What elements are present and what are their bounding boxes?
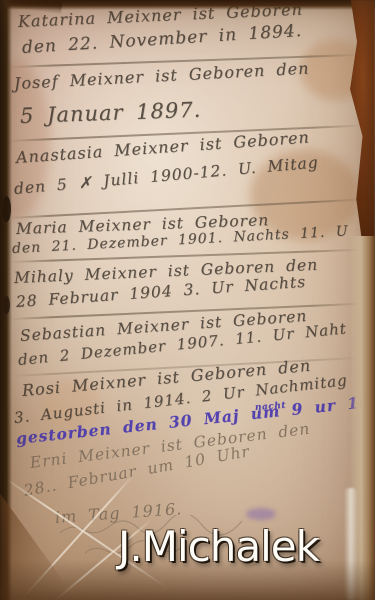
book-gutter-shadow <box>2 196 11 222</box>
ink-smudge <box>246 508 276 520</box>
register-page-photo: Katarina Meixner ist Geboren den 22. Nov… <box>0 0 375 600</box>
book-gutter-shadow <box>3 296 10 314</box>
watermark-signature: J.Michalek <box>118 522 319 571</box>
register-line: 5 Januar 1897. <box>20 98 202 128</box>
